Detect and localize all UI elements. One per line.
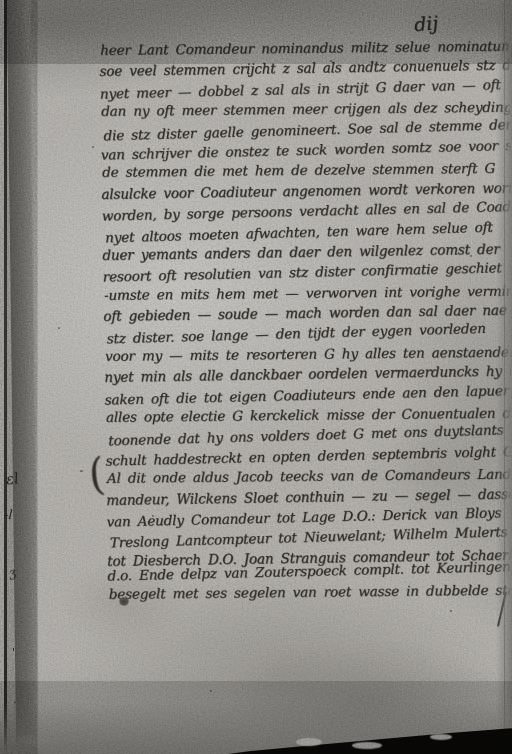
manuscript-line: heer Lant Comandeur nominandus militz se…	[100, 37, 510, 62]
gutter-ink-mark: '	[12, 646, 15, 659]
manuscript-scan-page: dij heer Lant Comandeur nominandus milit…	[0, 0, 512, 754]
page-edge-crease	[504, 0, 505, 754]
torn-edge-highlight	[352, 742, 382, 749]
gutter-ink-mark: ɛl	[5, 469, 20, 489]
ink-blot	[119, 597, 129, 606]
torn-edge-highlight	[296, 738, 322, 746]
manuscript-line: voor my — mits te resorteren G hy alles …	[105, 342, 512, 367]
manuscript-text-block: heer Lant Comandeur nominandus militz se…	[99, 36, 512, 606]
binding-edge-line	[4, 0, 7, 754]
folio-mark: dij	[413, 12, 439, 36]
torn-edge-highlight	[430, 734, 452, 740]
manuscript-line: -umste en mits hem met — verworven int v…	[104, 281, 512, 306]
gutter-ink-mark: -l	[3, 508, 13, 524]
